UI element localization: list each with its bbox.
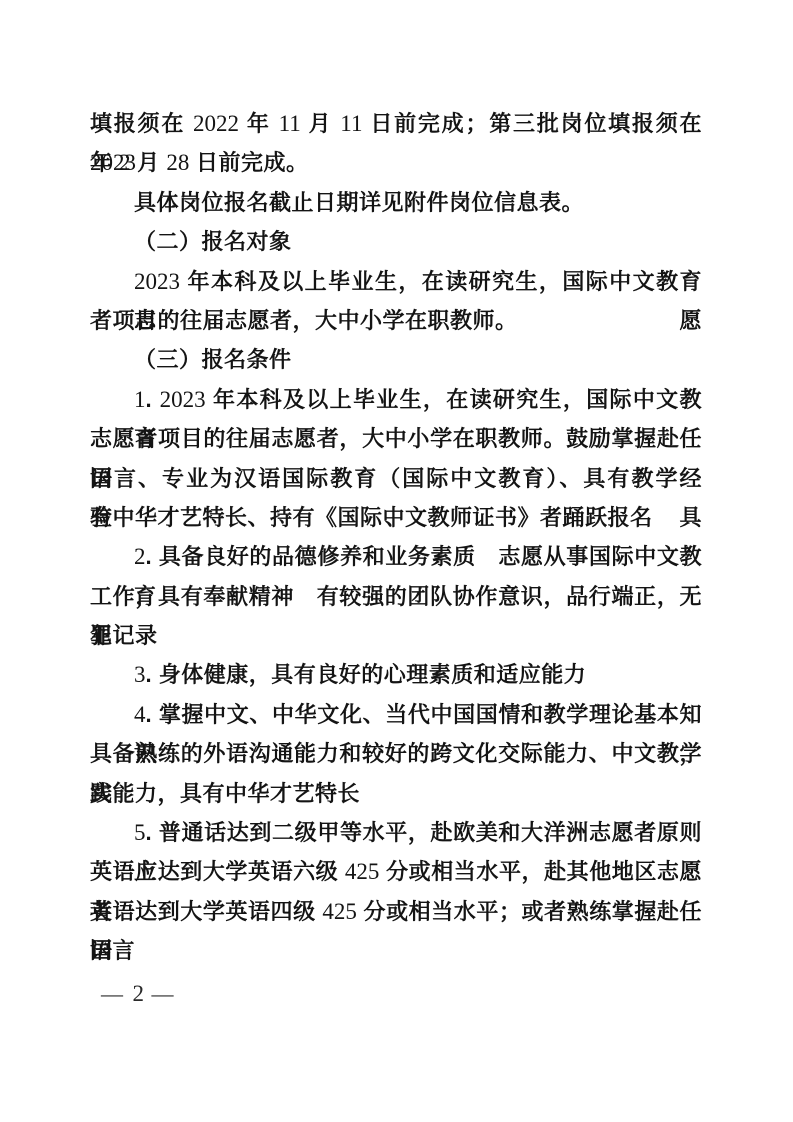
document-page: 填报须在 2022 年 11 月 11 日前完成；第三批岗位填报须在 2023 …: [0, 0, 793, 1122]
section-heading-3: （三）报名条件: [90, 340, 702, 379]
text-line: 具备熟练的外语沟通能力和较好的跨文化交际能力、中文教学实: [90, 734, 702, 773]
list-item-2: 2. 具备良好的品德修养和业务素质 志愿从事国际中文教育: [90, 537, 702, 576]
text-line: 英语应达到大学英语六级 425 分或相当水平，赴其他地区志愿者: [90, 852, 702, 891]
text-line: 填报须在 2022 年 11 月 11 日前完成；第三批岗位填报须在 2023: [90, 104, 702, 143]
text-line: 工作，具有奉献精神 有较强的团队协作意识，品行端正，无犯: [90, 577, 702, 616]
text-line: 2023 年本科及以上毕业生，在读研究生，国际中文教育志愿: [90, 262, 702, 301]
text-line: 罪记录: [90, 616, 702, 655]
document-body: 填报须在 2022 年 11 月 11 日前完成；第三批岗位填报须在 2023 …: [90, 104, 702, 971]
text-line: 具体岗位报名截止日期详见附件岗位信息表。: [90, 183, 702, 222]
page-number: — 2 —: [101, 980, 176, 1008]
text-line: 志愿者项目的往届志愿者，大中小学在职教师。鼓励掌握赴任国: [90, 419, 702, 458]
list-item-1: 1. 2023 年本科及以上毕业生，在读研究生，国际中文教育: [90, 380, 702, 419]
section-heading-2: （二）报名对象: [90, 222, 702, 261]
text-line: 语言: [90, 931, 702, 970]
text-line: 年 2 月 28 日前完成。: [90, 143, 702, 182]
list-item-3: 3. 身体健康，具有良好的心理素质和适应能力: [90, 655, 702, 694]
text-line: 英语达到大学英语四级 425 分或相当水平；或者熟练掌握赴任国: [90, 892, 702, 931]
text-line: 有中华才艺特长、持有《国际中文教师证书》者踊跃报名: [90, 498, 702, 537]
list-item-4: 4. 掌握中文、中华文化、当代中国国情和教学理论基本知识，: [90, 695, 702, 734]
text-line: 践能力，具有中华才艺特长: [90, 774, 702, 813]
list-item-5: 5. 普通话达到二级甲等水平，赴欧美和大洋洲志愿者原则上: [90, 813, 702, 852]
text-line: 语言、专业为汉语国际教育（国际中文教育）、具有教学经验、具: [90, 459, 702, 498]
